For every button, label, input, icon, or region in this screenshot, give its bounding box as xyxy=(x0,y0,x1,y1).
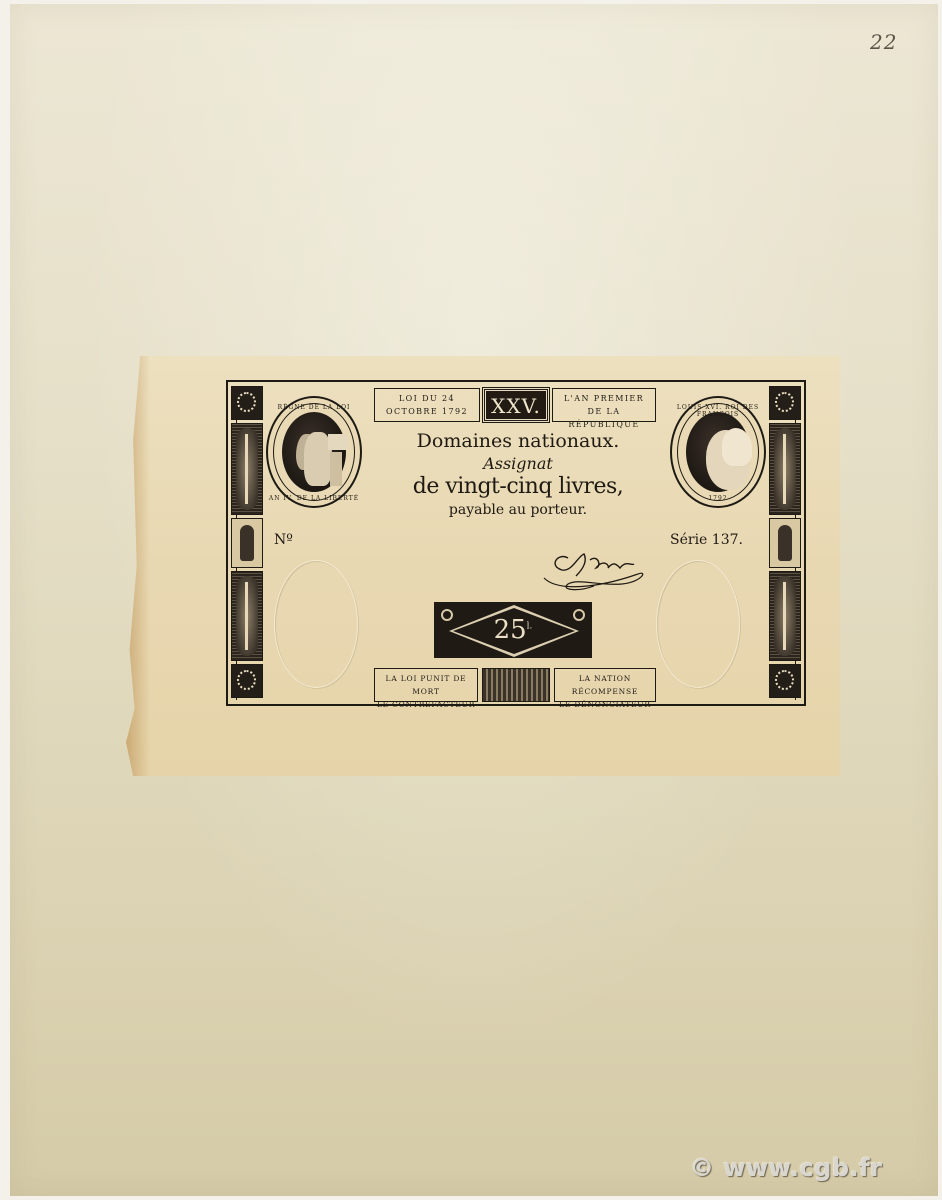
law-date-box: LOI DU 24 OCTOBRE 1792 xyxy=(374,388,480,422)
mounting-board: 22 xyxy=(10,4,938,1196)
figure-with-shield-vignette-icon xyxy=(769,518,801,568)
sword-vignette-icon xyxy=(231,423,263,515)
rosette-icon xyxy=(231,664,263,698)
note-payable: payable au porteur. xyxy=(378,502,658,518)
republic-year-box: L'AN PREMIER DE LA RÉPUBLIQUE xyxy=(552,388,656,422)
figure-vignette-icon xyxy=(231,518,263,568)
page-number: 22 xyxy=(870,30,897,54)
counterfeit-warning-box: LA LOI PUNIT DE MORT LE CONTREFACTEUR xyxy=(374,668,478,702)
medallion-legend-top: LOUIS XVI. ROI DES FRANÇOIS xyxy=(672,404,764,418)
roman-denomination: XXV. xyxy=(483,388,549,422)
medallion-legend-bottom: 1792 xyxy=(672,495,764,502)
medallion-louis-xvi: LOUIS XVI. ROI DES FRANÇOIS 1792 xyxy=(670,396,766,508)
rosette-icon xyxy=(769,386,801,420)
note-amount-text: de vingt-cinq livres, xyxy=(378,474,658,499)
scene-vignette-icon xyxy=(482,668,550,702)
rosette-icon xyxy=(769,664,801,698)
crossed-fasces-vignette-icon xyxy=(769,423,801,515)
left-vignette-column xyxy=(231,386,263,698)
signature xyxy=(538,548,658,592)
engraved-frame: RÈGNE DE LA LOI AN IV. DE LA LIBERTÉ LOU… xyxy=(226,380,806,706)
medallion-reign-of-law: RÈGNE DE LA LOI AN IV. DE LA LIBERTÉ xyxy=(266,396,362,508)
value-numeral: 25l. xyxy=(435,615,591,645)
assignat-banknote: RÈGNE DE LA LOI AN IV. DE LA LIBERTÉ LOU… xyxy=(126,356,840,776)
rosette-icon xyxy=(231,386,263,420)
embossed-seal-left xyxy=(274,560,358,688)
standing-figure-vignette-icon xyxy=(769,571,801,661)
embossed-seal-right xyxy=(656,560,740,688)
serial-number-label: Nº xyxy=(274,532,293,548)
informant-reward-box: LA NATION RÉCOMPENSE LE DÉNONCIATEUR xyxy=(554,668,656,702)
law-tablet-icon xyxy=(328,434,348,450)
series-number: Série 137. xyxy=(670,532,743,548)
right-vignette-column xyxy=(769,386,801,698)
medallion-legend-bottom: AN IV. DE LA LIBERTÉ xyxy=(268,495,360,502)
value-cartouche: 25l. xyxy=(434,602,592,658)
serpent-staff-vignette-icon xyxy=(231,571,263,661)
note-subtitle: Assignat xyxy=(378,454,658,473)
copyright-watermark: © www.cgb.fr xyxy=(690,1154,882,1182)
note-title: Domaines nationaux. xyxy=(378,430,658,452)
medallion-legend-top: RÈGNE DE LA LOI xyxy=(268,404,360,411)
